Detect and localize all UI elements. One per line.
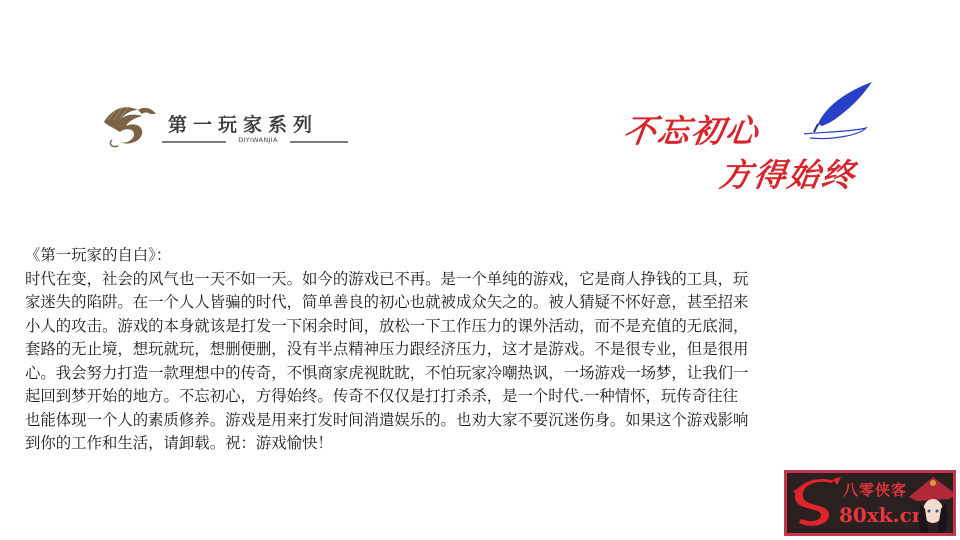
brand-title: 第一玩家系列: [168, 110, 318, 137]
article-heading: 《第一玩家的自白》：: [25, 244, 925, 268]
article-line: 也能体现一个人的素质修养。游戏是用来打发时间消遣娱乐的。也劝大家不要沉迷伤身。如…: [25, 409, 925, 433]
article-line: 心。我会努力打造一款理想中的传奇，不惧商家虎视眈眈，不怕玩家冷嘲热讽，一场游戏一…: [25, 362, 925, 386]
dragon-s-icon: [791, 475, 843, 533]
article-line: 起回到梦开始的地方。不忘初心，方得始终。传奇不仅仅是打打杀杀，是一个时代.一种情…: [25, 385, 925, 409]
divider: [290, 141, 348, 143]
article-line: 到你的工作和生活，请卸载。祝：游戏愉快！: [25, 432, 925, 456]
divider: [162, 141, 226, 143]
slogan-line-1: 不忘初心: [621, 106, 763, 152]
article-line: 小人的攻击。游戏的本身就该是打发一下闲余时间，放松一下工作压力的课外活动，而不是…: [25, 315, 925, 339]
quill-pen-icon: [800, 80, 890, 142]
character-avatar-icon: [909, 473, 956, 535]
slogan-calligraphy: 不忘初心 方得始终: [620, 80, 890, 220]
article-line: 家迷失的陷阱。在一个人人皆骗的时代，简单善良的初心也就被成众矢之的。被人猜疑不怀…: [25, 291, 925, 315]
site-name: 八零侠客: [843, 479, 907, 500]
slogan-line-2: 方得始终: [717, 150, 859, 196]
article-body: 《第一玩家的自白》： 时代在变，社会的风气也一天不如一天。如今的游戏已不再。是一…: [25, 244, 925, 456]
brand-logo: 第一玩家系列 DIYIWANJIA: [98, 100, 348, 150]
site-watermark-badge[interactable]: 八零侠客 80xk.cn: [784, 470, 956, 536]
article-line: 时代在变，社会的风气也一天不如一天。如今的游戏已不再。是一个单纯的游戏，它是商人…: [25, 268, 925, 292]
article-line: 套路的无止境，想玩就玩，想删便删，没有半点精神压力跟经济压力，这才是游戏。不是很…: [25, 338, 925, 362]
dragon-icon: [98, 100, 160, 150]
brand-subtitle: DIYIWANJIA: [228, 136, 288, 144]
